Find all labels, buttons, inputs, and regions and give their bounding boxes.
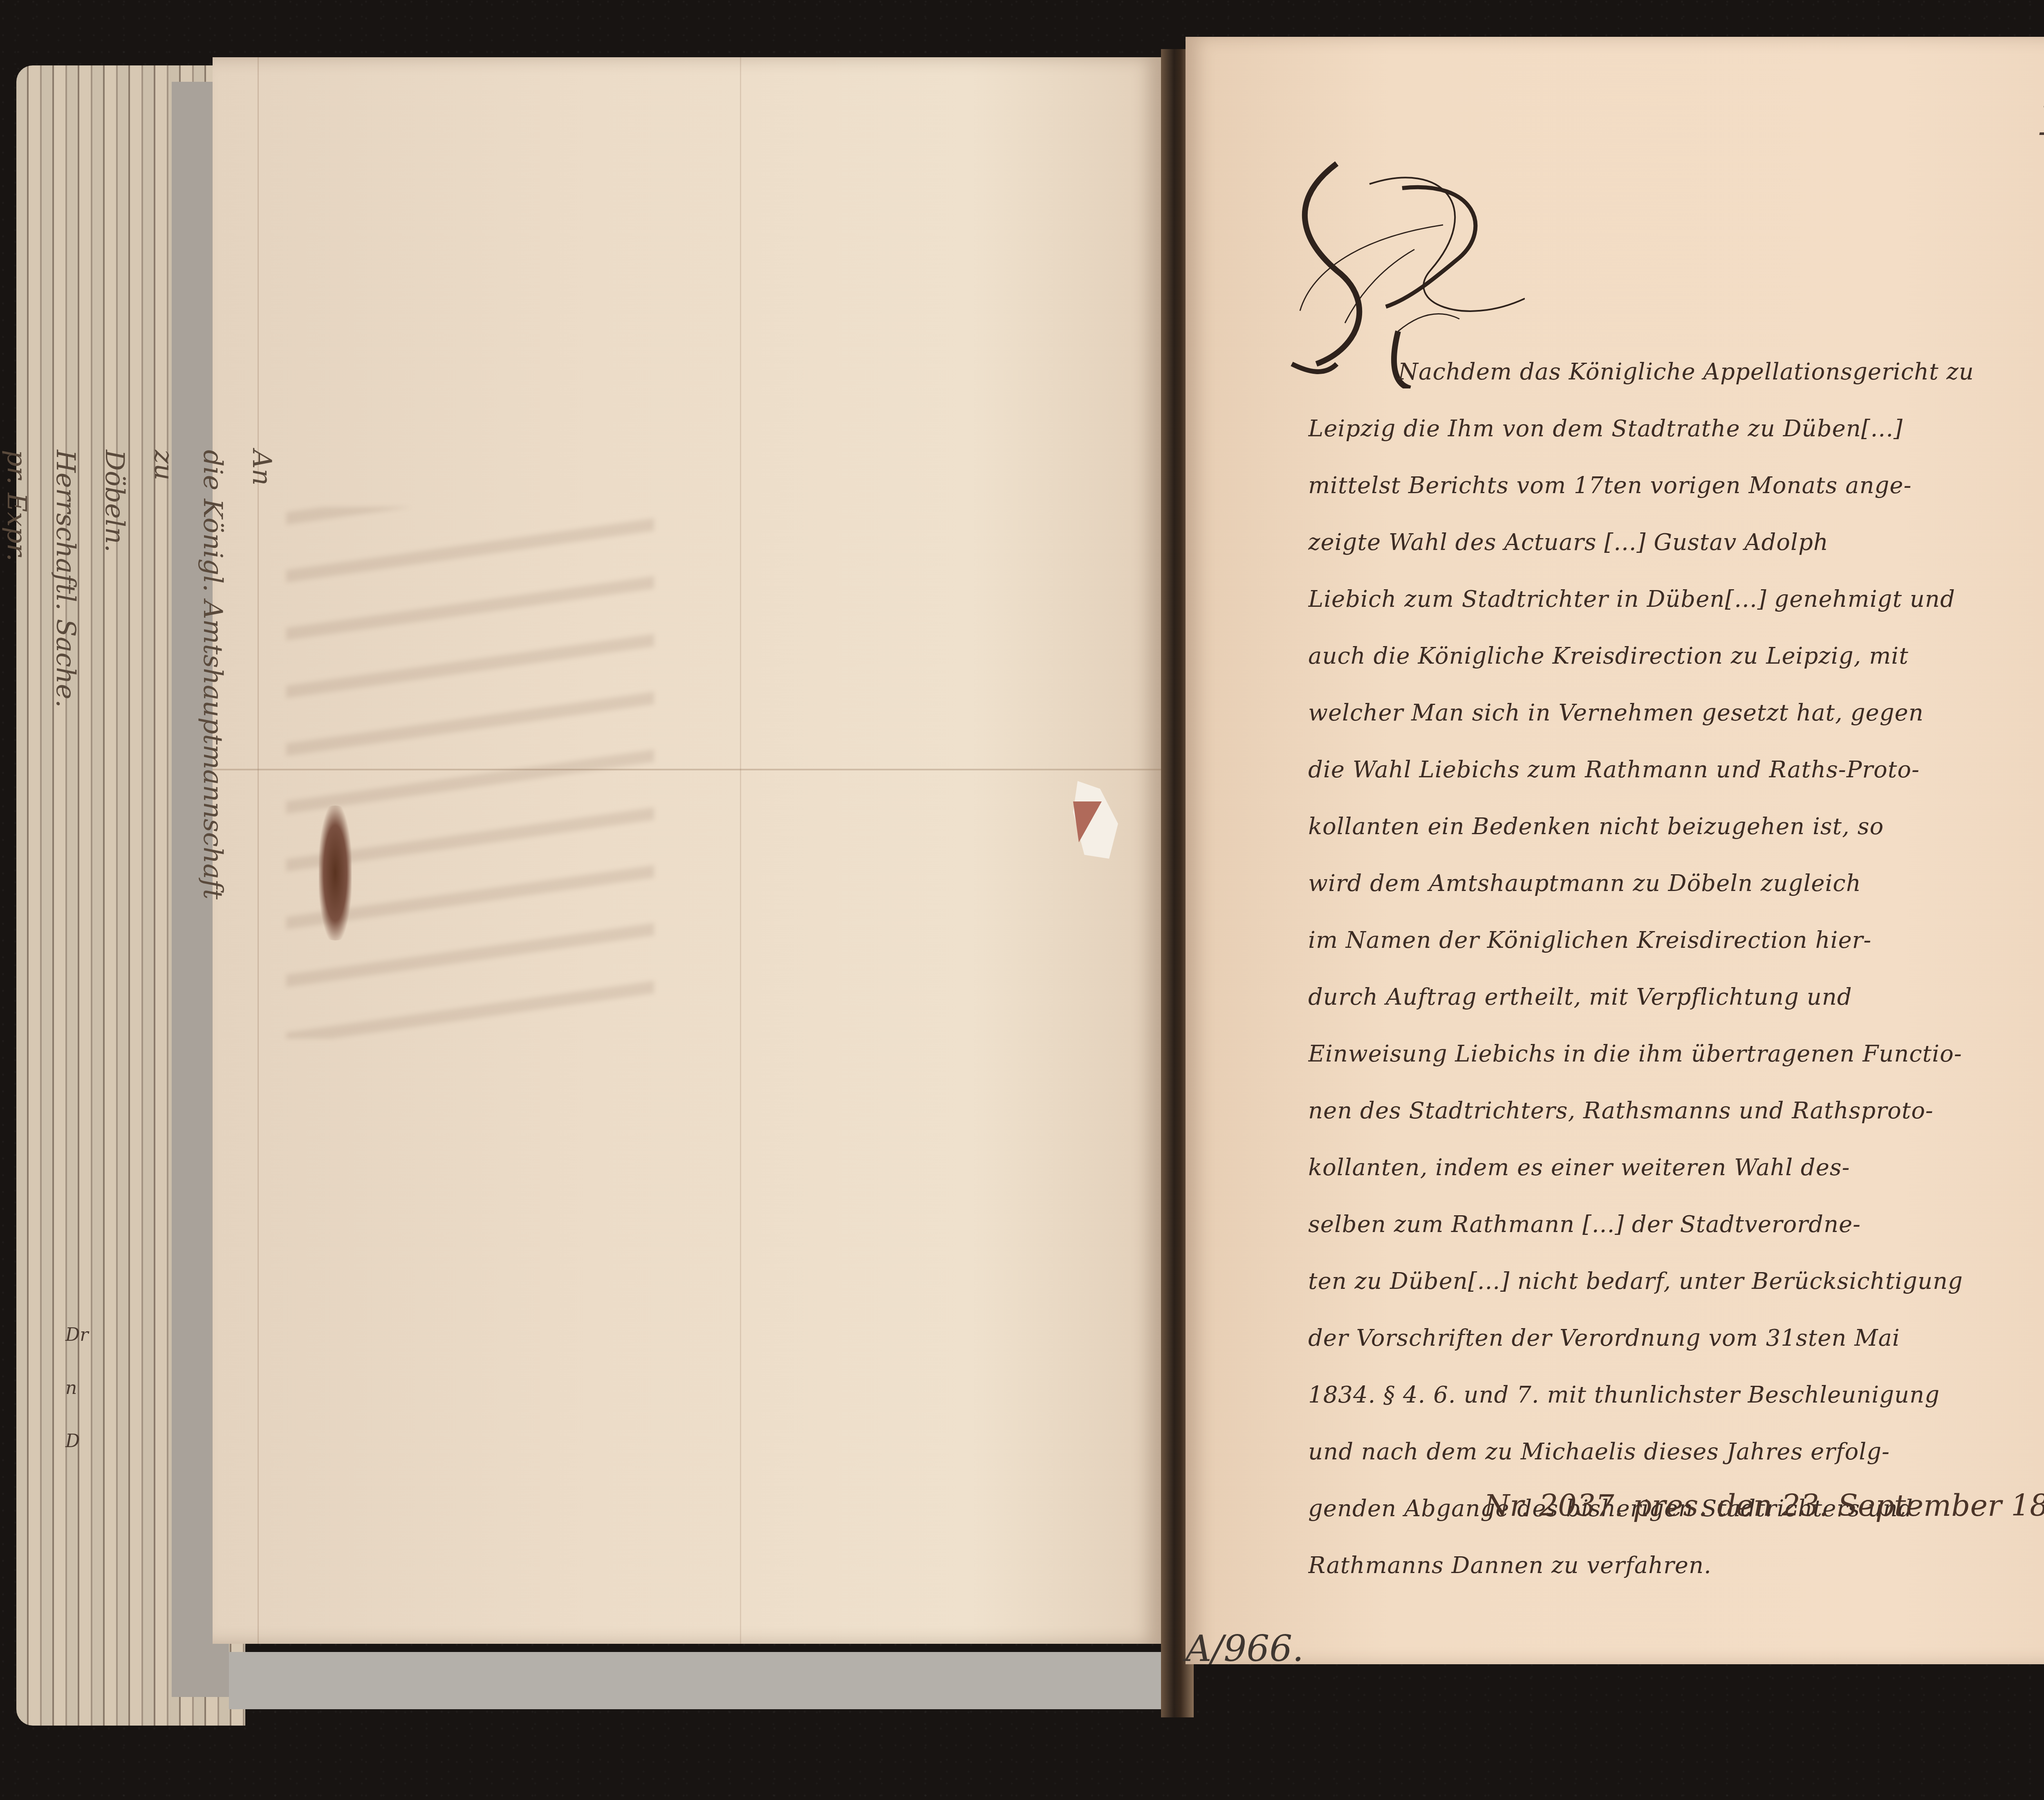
wax-seal-remnant — [1069, 765, 1122, 863]
ink-bleed-through — [286, 507, 654, 1039]
text-line: die Wahl Liebichs zum Rathmann und Raths… — [1308, 741, 2044, 798]
fragment: Dr — [65, 1308, 88, 1362]
address-line: Herrschaftl. Sache. — [41, 450, 90, 1145]
text-line: Einweisung Liebichs in die ihm übertrage… — [1308, 1026, 2044, 1082]
text-line: Nachdem das Königliche Appellationsgeric… — [1308, 343, 2044, 400]
left-page — [213, 57, 1161, 1644]
text-line: auch die Königliche Kreisdirection zu Le… — [1308, 628, 2044, 685]
address-line: zu — [139, 450, 188, 1145]
text-line: Liebich zum Stadtrichter in Düben[...] g… — [1308, 571, 2044, 628]
text-line: Leipzig die Ihm von dem Stadtrathe zu Dü… — [1308, 400, 2044, 457]
text-line: nen des Stadtrichters, Rathsmanns und Ra… — [1308, 1082, 2044, 1139]
text-line: der Vorschriften der Verordnung vom 31st… — [1308, 1310, 2044, 1367]
address-line: An — [237, 450, 286, 1145]
text-line: selben zum Rathmann [...] der Stadtveror… — [1308, 1196, 2044, 1253]
text-line: kollanten, indem es einer weiteren Wahl … — [1308, 1139, 2044, 1196]
text-line: zeigte Wahl des Actuars [...] Gustav Ado… — [1308, 514, 2044, 571]
folio-number: 109. 12 — [2036, 90, 2044, 147]
fold-line-vertical — [740, 57, 741, 1644]
fragment: D — [65, 1415, 88, 1468]
text-line: 1834. § 4. 6. und 7. mit thunlichster Be… — [1308, 1367, 2044, 1423]
fragment: n — [65, 1362, 88, 1415]
left-margin-fragments: Dr n D — [65, 1308, 88, 1468]
text-line: kollanten ein Bedenken nicht beizugehen … — [1308, 798, 2044, 855]
address-line: Döbeln. — [90, 450, 139, 1145]
seal-tear-stain — [319, 806, 352, 940]
text-line: welcher Man sich in Vernehmen gesetzt ha… — [1308, 685, 2044, 741]
address-line: pr. Expr. — [0, 450, 41, 1145]
text-line: ten zu Düben[...] nicht bedarf, unter Be… — [1308, 1253, 2044, 1310]
text-line: und nach dem zu Michaelis dieses Jahres … — [1308, 1423, 2044, 1480]
text-line: durch Auftrag ertheilt, mit Verpflichtun… — [1308, 969, 2044, 1026]
registration-note: Nr. 2037. pres. den 23. September 1834. — [1484, 1488, 2044, 1523]
rotated-address-block: An die Königl. Amtshauptmannschaft zu Dö… — [41, 450, 286, 1145]
address-line: die Königl. Amtshauptmannschaft — [188, 450, 237, 1145]
letter-body: Nachdem das Königliche Appellationsgeric… — [1308, 343, 2044, 1594]
shelfmark: A/966. — [1186, 1627, 1304, 1670]
text-line: wird dem Amtshauptmann zu Döbeln zugleic… — [1308, 855, 2044, 912]
text-line: im Namen der Königlichen Kreisdirection … — [1308, 912, 2044, 969]
bottom-gray-endpaper — [229, 1652, 1169, 1709]
text-line: mittelst Berichts vom 17ten vorigen Mona… — [1308, 457, 2044, 514]
